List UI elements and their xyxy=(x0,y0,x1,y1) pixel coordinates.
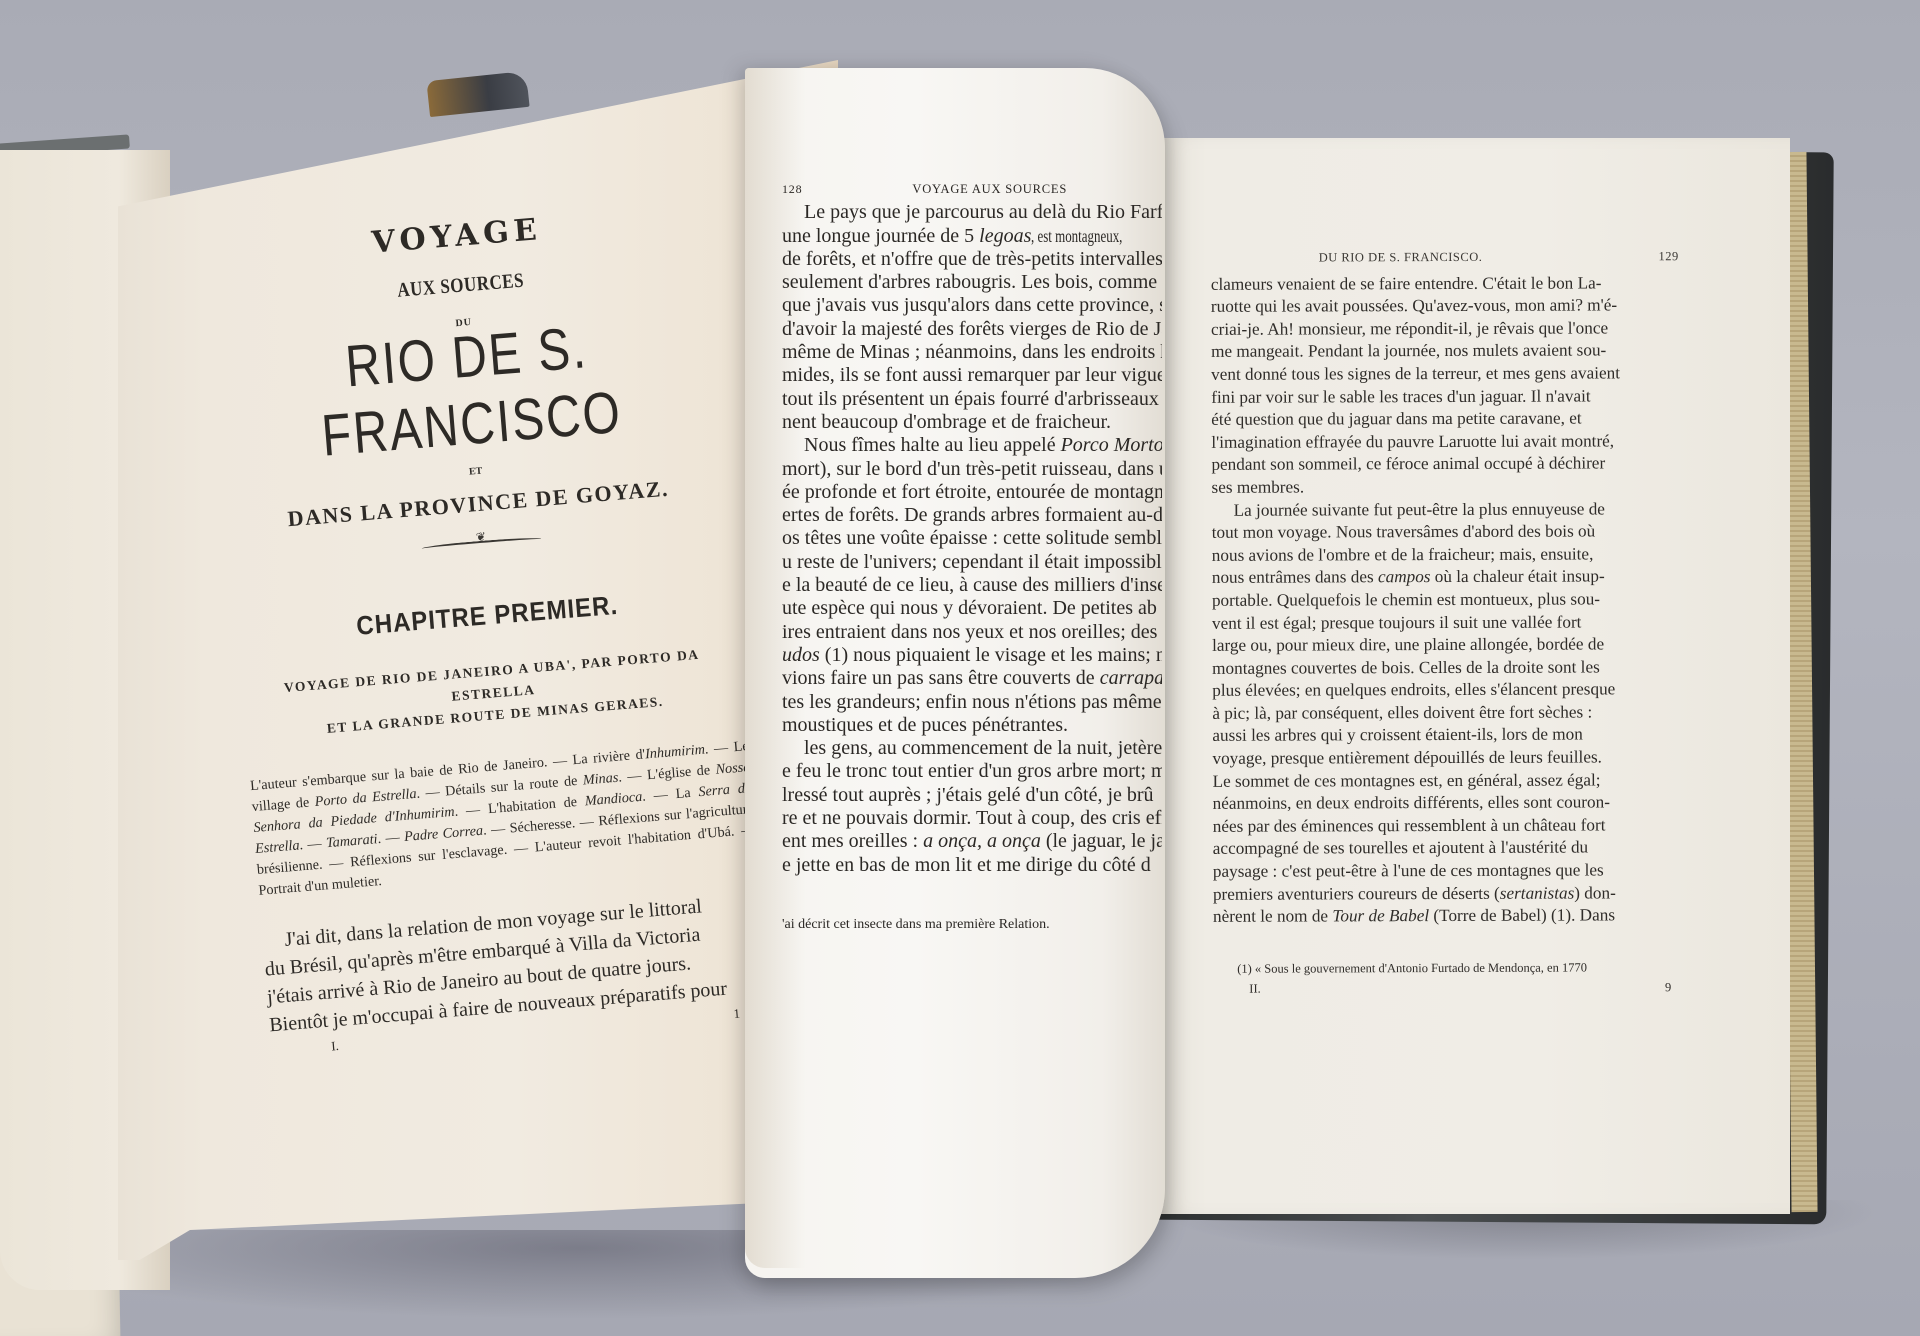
text-line: ires entraient dans nos yeux et nos orei… xyxy=(782,621,1162,644)
text-line: premiers aventuriers coureurs de déserts… xyxy=(1213,882,1681,906)
text-line: à pic; là, par conséquent, elles doivent… xyxy=(1212,701,1680,725)
text-line: moustiques et de puces pénétrantes. xyxy=(782,714,1162,737)
text-line: nent beaucoup d'ombrage et de fraicheur. xyxy=(782,411,1162,434)
text-line: Nous fîmes halte au lieu appelé Porco Mo… xyxy=(782,434,1162,457)
text-line: tout mon voyage. Nous traversâmes d'abor… xyxy=(1212,520,1680,544)
page-129-header: DU RIO DE S. FRANCISCO. 129 xyxy=(1319,245,1679,269)
text-line: même de Minas ; néanmoins, dans les endr… xyxy=(782,341,1162,364)
text-line: ute espèce qui nous y dévoraient. De pet… xyxy=(782,597,1162,620)
text-line: tes les grandeurs; enfin nous n'étions p… xyxy=(782,691,1162,714)
text-line: ertes de forêts. De grands arbres formai… xyxy=(782,504,1162,527)
text-line: ruotte qui les avait poussées. Qu'avez-v… xyxy=(1211,294,1679,318)
text-line: Le pays que je parcourus au delà du Rio … xyxy=(782,201,1162,224)
text-line: La journée suivante fut peut-être la plu… xyxy=(1212,498,1680,522)
text-line: vions faire un pas sans être couverts de… xyxy=(782,667,1162,690)
text-line: les gens, au commencement de la nuit, je… xyxy=(782,737,1162,760)
text-line: re et ne pouvais dormir. Tout à coup, de… xyxy=(782,807,1162,830)
line-text: (le jaguar, le ja xyxy=(1041,830,1162,852)
text-line: vent il est égal; presque toujours il su… xyxy=(1212,611,1680,635)
text-line: aussi les arbres qui y croissent étaient… xyxy=(1212,724,1680,748)
text-line: ée profonde et fort étroite, entourée de… xyxy=(782,481,1162,504)
text-line: accompagné de ses tourelles et ajoutent … xyxy=(1213,837,1681,861)
page-129-text-block: DU RIO DE S. FRANCISCO. 129 clameurs ven… xyxy=(1211,245,1682,1000)
signature-number: 9 xyxy=(1665,976,1671,999)
text-line: pendant son sommeil, ce féroce animal oc… xyxy=(1211,453,1679,477)
summary-italic: Minas xyxy=(582,770,619,789)
text-line: d'avoir la majesté des forêts vierges de… xyxy=(782,318,1162,341)
chapter-subtitle: VOYAGE DE RIO DE JANEIRO A UBA', PAR POR… xyxy=(242,640,746,746)
page-number: 129 xyxy=(1658,245,1678,268)
text-line: e la beauté de ce lieu, à cause des mill… xyxy=(782,574,1162,597)
text-line: ses membres. xyxy=(1211,475,1679,499)
text-line: mides, ils se font aussi remarquer par l… xyxy=(782,364,1162,387)
page-129-signature: II. 9 xyxy=(1213,976,1681,1000)
summary-italic: Padre Correa xyxy=(404,823,484,845)
text-line: été question que du jaguar dans ma petit… xyxy=(1211,407,1679,431)
summary-text: . — La xyxy=(642,784,700,804)
summary-italic: Mandioca xyxy=(584,789,643,810)
text-line: l'imagination effrayée du pauvre Laruott… xyxy=(1211,430,1679,454)
right-book-page-129: DU RIO DE S. FRANCISCO. 129 clameurs ven… xyxy=(1156,138,1790,1214)
text-line: nous avions de l'ombre et de la fraicheu… xyxy=(1212,543,1680,567)
page-number: 1 xyxy=(733,1006,741,1022)
title-page-content: VOYAGE AUX SOURCES DU RIO DE S. FRANCISC… xyxy=(205,185,771,1059)
text-line: voyage, presque entièrement dépouillés d… xyxy=(1212,746,1680,770)
page-128-header: 128 VOYAGE AUX SOURCES xyxy=(782,178,1162,201)
line-italic: legoas xyxy=(979,225,1031,247)
text-line: vent donné tous les signes de la terreur… xyxy=(1211,362,1679,386)
chapter-summary: L'auteur s'embarque sur la baie de Rio d… xyxy=(249,736,757,902)
left-book-spine-headband xyxy=(426,71,529,117)
summary-text: . — xyxy=(299,835,327,853)
chapter-heading: CHAPITRE PREMIER. xyxy=(237,581,738,652)
line-italic: Porco Morto xyxy=(1061,434,1162,456)
text-line: lressé tout auprès ; j'étais gelé d'un c… xyxy=(782,784,1162,807)
line-text: (1) nous piquaient le visage et les main… xyxy=(820,644,1162,666)
text-line: e jette en bas de mon lit et me dirige d… xyxy=(782,854,1162,877)
line-text: vions faire un pas sans être couverts de xyxy=(782,667,1100,689)
text-line: Le sommet de ces montagnes est, en génér… xyxy=(1213,769,1681,793)
line-text: Nous fîmes halte au lieu appelé xyxy=(804,434,1061,456)
summary-text: . — L'église de xyxy=(618,762,717,786)
text-line: fini par voir sur le sable les traces d'… xyxy=(1211,385,1679,409)
signature-mark: II. xyxy=(1249,977,1261,1000)
text-line: mort), sur le bord d'un très-petit ruiss… xyxy=(782,458,1162,481)
line-italic: udos xyxy=(782,644,820,666)
summary-text: . — xyxy=(377,829,405,847)
text-line: u reste de l'univers; cependant il était… xyxy=(782,551,1162,574)
text-line: os têtes une voûte épaisse : cette solit… xyxy=(782,527,1162,550)
text-line: ent mes oreilles : a onça, a onça (le ja… xyxy=(782,830,1162,853)
text-line: me mangeait. Pendant la journée, nos mul… xyxy=(1211,340,1679,364)
summary-italic: Inhumirim xyxy=(644,742,705,763)
ornamental-rule-icon xyxy=(421,536,541,552)
text-line: e feu le tronc tout entier d'un gros arb… xyxy=(782,760,1162,783)
text-line: plus élevées; en quelques endroits, elle… xyxy=(1212,678,1680,702)
text-line: néanmoins, en deux endroits différents, … xyxy=(1213,791,1681,815)
line-italic: carrapa xyxy=(1100,667,1162,689)
photo-scene: DU RIO DE S. FRANCISCO. 129 clameurs ven… xyxy=(0,0,1920,1336)
text-line: tout ils présentent un épais fourré d'ar… xyxy=(782,388,1162,411)
page-number: 128 xyxy=(782,178,802,201)
text-line: une longue journée de 5 legoas, est mont… xyxy=(782,225,1162,248)
signature-mark: I. xyxy=(331,1038,340,1055)
text-line: nées par des éminences qui ressemblent à… xyxy=(1213,814,1681,838)
text-line: nèrent le nom de Tour de Babel (Torre de… xyxy=(1213,904,1681,928)
line-text: une longue journée de 5 xyxy=(782,225,979,247)
running-head: VOYAGE AUX SOURCES xyxy=(912,178,1067,201)
page-128-footnote: 'ai décrit cet insecte dans ma première … xyxy=(782,913,1162,936)
text-line: nous entrâmes dans des campos où la chal… xyxy=(1212,565,1680,589)
line-text: , est montagneux, xyxy=(1031,225,1122,248)
text-line: paysage : c'est peut-être à l'une de ces… xyxy=(1213,859,1681,883)
text-line: clameurs venaient de se faire entendre. … xyxy=(1211,272,1679,296)
text-line: portable. Quelquefois le chemin est mont… xyxy=(1212,588,1680,612)
text-line: large ou, pour mieux dire, une plaine al… xyxy=(1212,633,1680,657)
page-128-text-block: 128 VOYAGE AUX SOURCES Le pays que je pa… xyxy=(782,178,1162,998)
text-line: que j'avais vus jusqu'alors dans cette p… xyxy=(782,294,1162,317)
text-line: montagnes couvertes de bois. Celles de l… xyxy=(1212,656,1680,680)
page-129-footnote: (1) « Sous le gouvernement d'Antonio Fur… xyxy=(1213,959,1681,978)
line-text: ent mes oreilles : xyxy=(782,830,923,852)
text-line: udos (1) nous piquaient le visage et les… xyxy=(782,644,1162,667)
text-line: criai-je. Ah! monsieur, me répondit-il, … xyxy=(1211,317,1679,341)
line-text: Le pays que je parcourus au delà du Rio … xyxy=(804,201,1162,223)
summary-italic: Tamarati xyxy=(325,831,378,851)
running-head: DU RIO DE S. FRANCISCO. xyxy=(1319,246,1483,269)
line-italic: a onça, a onça xyxy=(923,830,1041,852)
summary-italic: Porto da Estrella xyxy=(314,786,417,810)
text-line: de forêts, et n'offre que de très-petits… xyxy=(782,248,1162,271)
text-line: seulement d'arbres rabougris. Les bois, … xyxy=(782,271,1162,294)
